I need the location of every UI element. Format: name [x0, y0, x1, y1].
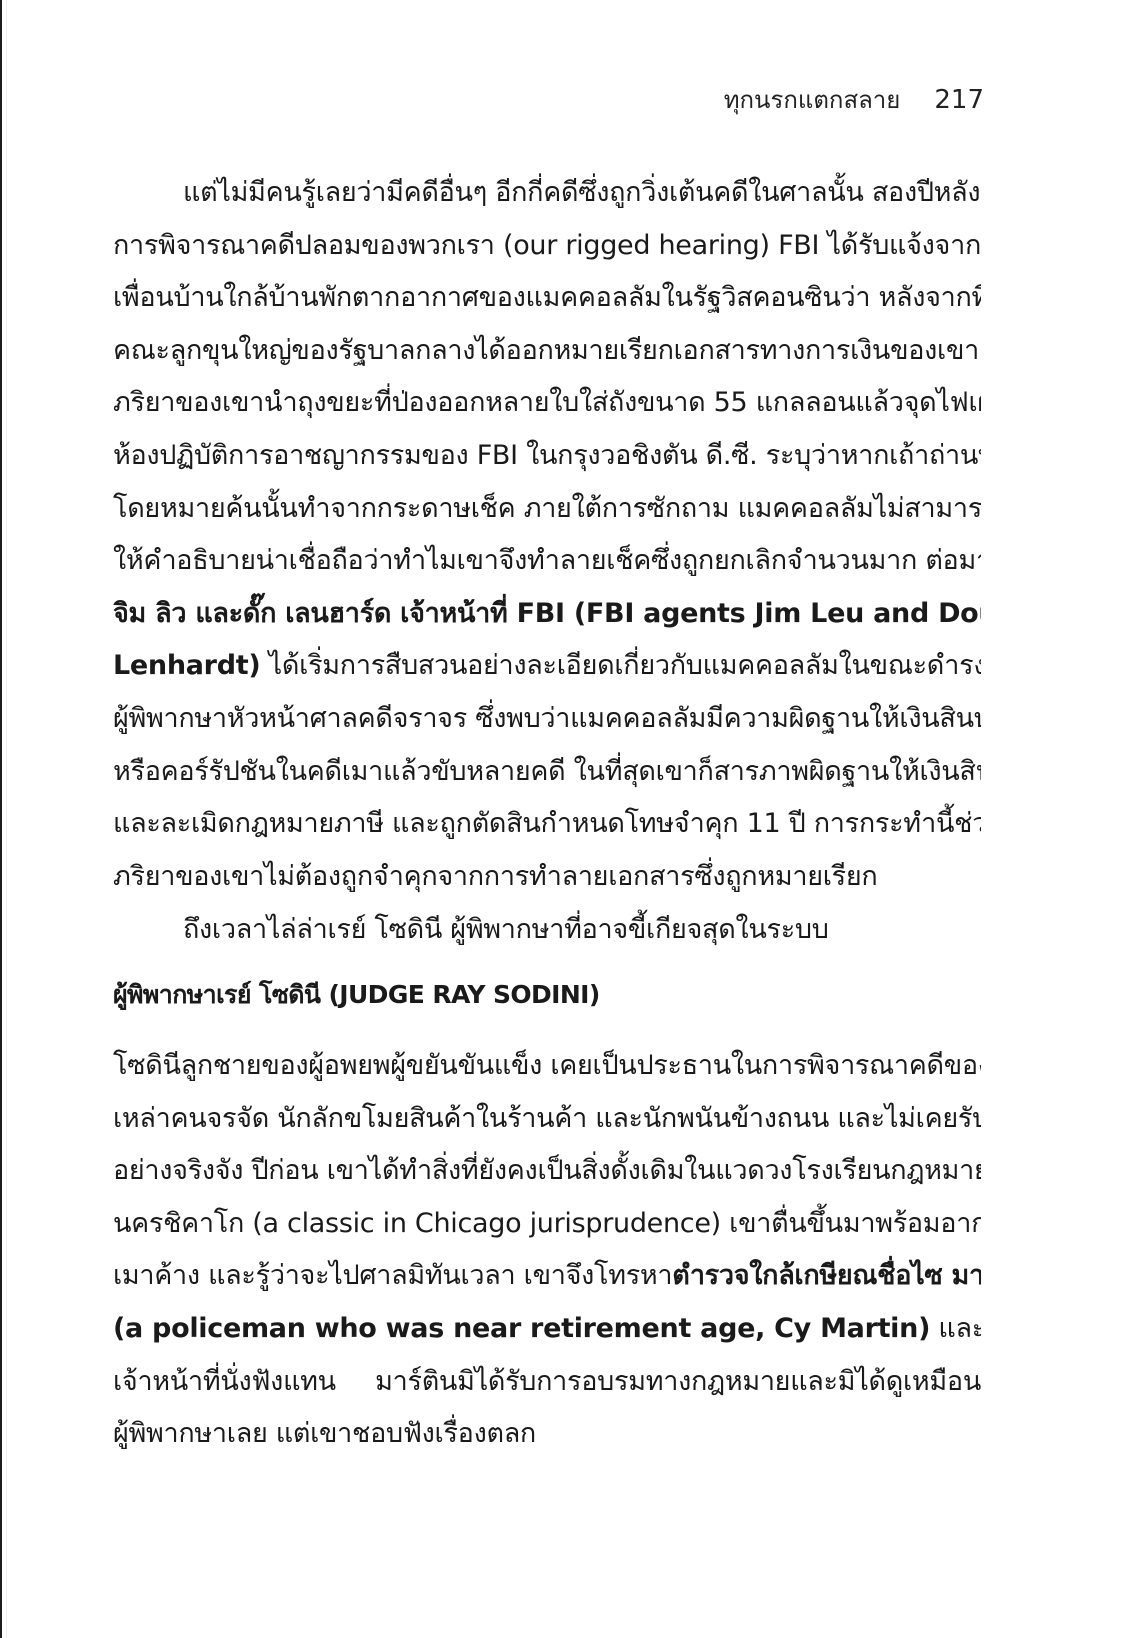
text-line: โซดินีลูกชายของผู้อพยพผู้ขยันขันแข็ง เคย… — [113, 1040, 981, 1093]
text-line: คณะลูกขุนใหญ่ของรัฐบาลกลางได้ออกหมายเรีย… — [113, 325, 981, 378]
bold-policeman-thai: ตำรวจใกล้เกษียณชื่อไซ มาร์ติน — [672, 1260, 981, 1291]
text-line: ให้คำอธิบายน่าเชื่อถือว่าทำไมเขาจึงทำลาย… — [113, 535, 981, 588]
text-fragment: และขอให้ — [930, 1313, 981, 1344]
text-line: อย่างจริงจัง ปีก่อน เขาได้ทำสิ่งที่ยังคง… — [113, 1145, 981, 1198]
text-line: เจ้าหน้าที่นั่งฟังแทน มาร์ตินมิได้รับการ… — [113, 1356, 981, 1409]
text-line: เพื่อนบ้านใกล้บ้านพักตากอากาศของแมคคอลลั… — [113, 272, 981, 325]
page-edge-binding — [0, 0, 2, 1638]
text-line: นครชิคาโก (a classic in Chicago jurispru… — [113, 1198, 981, 1251]
bold-policeman-english: (a policeman who was near retirement age… — [113, 1313, 930, 1344]
paragraph-2: ถึงเวลาไล่ล่าเรย์ โซดินี ผู้พิพากษาที่อา… — [113, 904, 981, 957]
text-line: Lenhardt) ได้เริ่มการสืบสวนอย่างละเอียดเ… — [113, 640, 981, 693]
page-number: 217 — [934, 85, 984, 115]
text-line: และละเมิดกฎหมายภาษี และถูกตัดสินกำหนดโทษ… — [113, 798, 981, 851]
text-fragment: ได้เริ่มการสืบสวนอย่างละเอียดเกี่ยวกับแม… — [260, 650, 981, 681]
text-line: ถึงเวลาไล่ล่าเรย์ โซดินี ผู้พิพากษาที่อา… — [113, 904, 981, 957]
text-line: (a policeman who was near retirement age… — [113, 1303, 981, 1356]
text-line: การพิจารณาคดีปลอมของพวกเรา (our rigged h… — [113, 220, 981, 273]
text-line: เหล่าคนจรจัด นักลักขโมยสินค้าในร้านค้า แ… — [113, 1093, 981, 1146]
paragraph-3: โซดินีลูกชายของผู้อพยพผู้ขยันขันแข็ง เคย… — [113, 1040, 981, 1461]
text-fragment: เมาค้าง และรู้ว่าจะไปศาลมิทันเวลา เขาจึง… — [113, 1260, 672, 1291]
text-line: แต่ไม่มีคนรู้เลยว่ามีคดีอื่นๆ อีกกี่คดีซ… — [113, 167, 981, 220]
text-line-bold-agents: จิม ลิว และดั๊ก เลนฮาร์ด เจ้าหน้าที่ FBI… — [113, 588, 981, 641]
text-line: ผู้พิพากษาเลย แต่เขาชอบฟังเรื่องตลก — [113, 1408, 981, 1461]
text-line: โดยหมายค้นนั้นทำจากกระดาษเช็ค ภายใต้การซ… — [113, 483, 981, 536]
text-line: ผู้พิพากษาหัวหน้าศาลคดีจราจร ซึ่งพบว่าแม… — [113, 693, 981, 746]
book-title: ทุกนรกแตกสลาย — [724, 80, 901, 119]
text-line: ห้องปฏิบัติการอาชญากรรมของ FBI ในกรุงวอช… — [113, 430, 981, 483]
text-line: ภริยาของเขานำถุงขยะที่ป่องออกหลายใบใส่ถั… — [113, 377, 981, 430]
page-edge-shadow — [6, 0, 7, 1638]
text-line: เมาค้าง และรู้ว่าจะไปศาลมิทันเวลา เขาจึง… — [113, 1250, 981, 1303]
text-line: หรือคอร์รัปชันในคดีเมาแล้วขับหลายคดี ในท… — [113, 746, 981, 799]
text-line: ภริยาของเขาไม่ต้องถูกจำคุกจากการทำลายเอก… — [113, 851, 981, 904]
bold-agents-name: Lenhardt) — [113, 650, 260, 681]
section-heading: ผู้พิพากษาเรย์ โซดินี (JUDGE RAY SODINI) — [113, 975, 600, 1015]
paragraph-1: แต่ไม่มีคนรู้เลยว่ามีคดีอื่นๆ อีกกี่คดีซ… — [113, 167, 981, 903]
running-head: ทุกนรกแตกสลาย 217 — [724, 80, 984, 119]
